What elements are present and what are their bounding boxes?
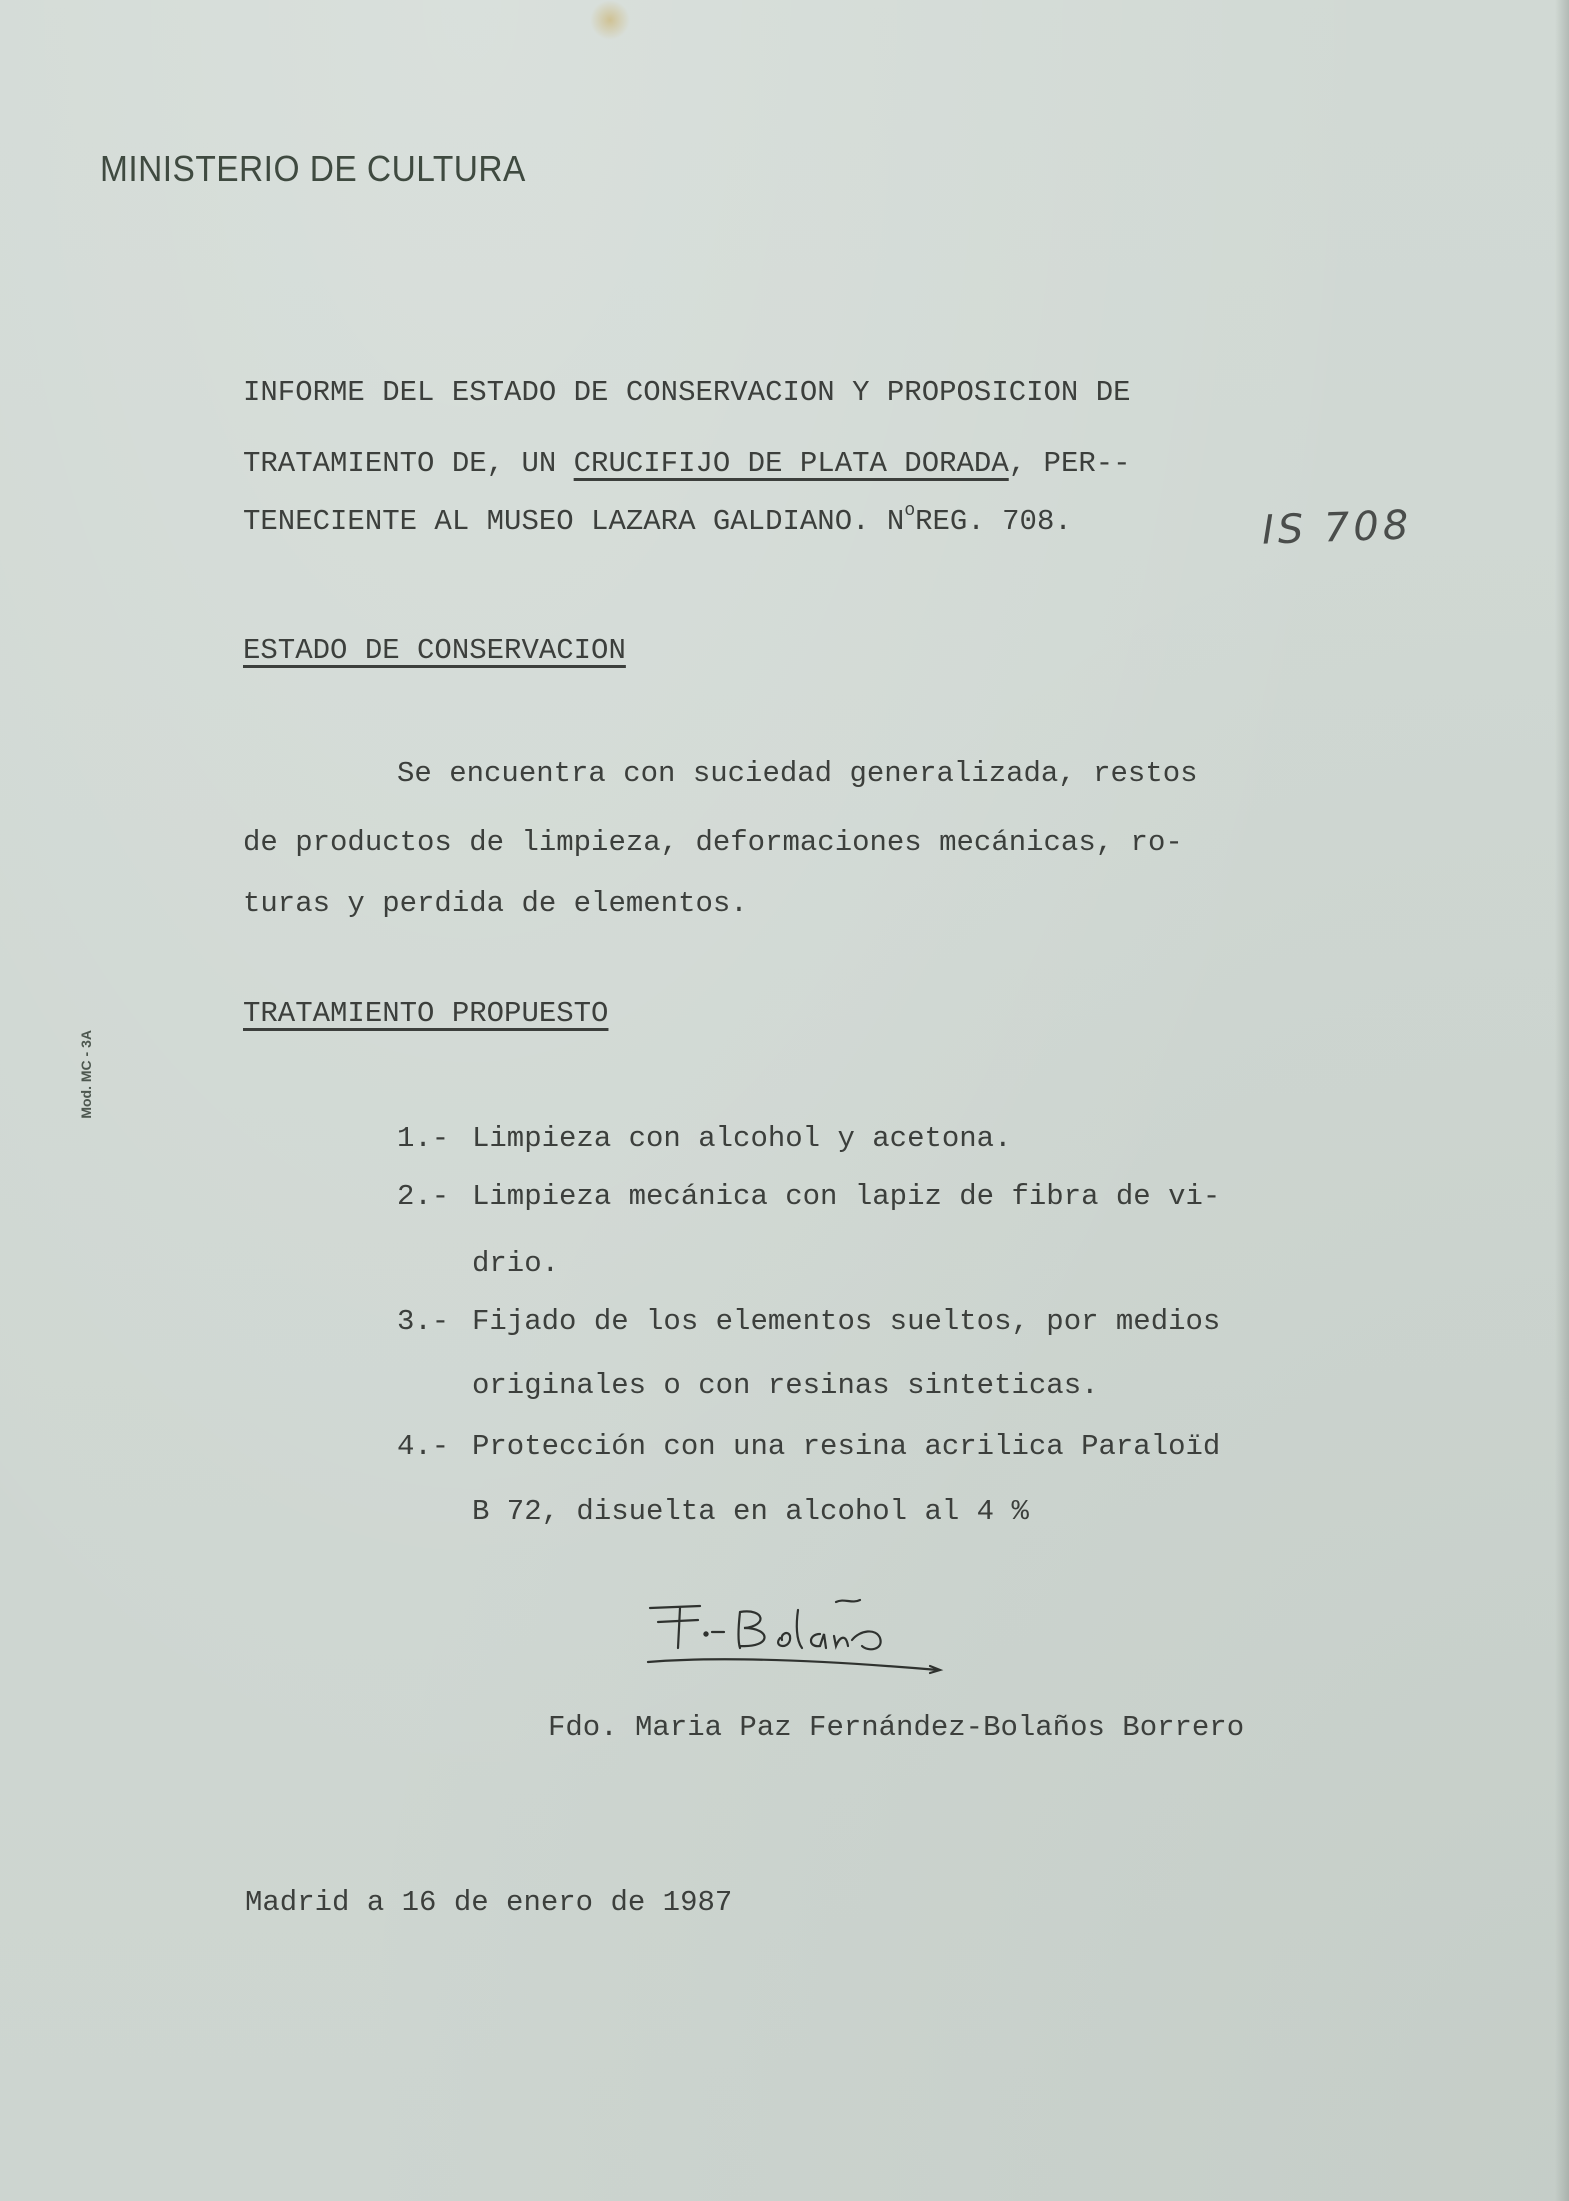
treatment-item-2-number: 2.- xyxy=(397,1182,449,1211)
object-name: CRUCIFIJO DE PLATA DORADA xyxy=(574,447,1009,480)
conservation-heading: ESTADO DE CONSERVACION xyxy=(243,636,626,665)
title-line-2: TRATAMIENTO DE, UN CRUCIFIJO DE PLATA DO… xyxy=(243,449,1131,478)
treatment-item-1-number: 1.- xyxy=(397,1124,449,1153)
treatment-item-4-text: Protección con una resina acrilica Paral… xyxy=(472,1432,1220,1461)
title-line-3-prefix: TENECIENTE AL MUSEO LAZARA GALDIANO. N xyxy=(243,505,904,538)
conservation-line-2: de productos de limpieza, deformaciones … xyxy=(243,828,1183,857)
conservation-line-3: turas y perdida de elementos. xyxy=(243,889,748,918)
place-date: Madrid a 16 de enero de 1987 xyxy=(245,1888,732,1917)
treatment-item-2-text: Limpieza mecánica con lapiz de fibra de … xyxy=(472,1182,1220,1211)
paper-stain xyxy=(590,0,630,40)
title-line-3-sup: o xyxy=(904,501,915,521)
treatment-heading: TRATAMIENTO PROPUESTO xyxy=(243,999,608,1028)
title-line-3: TENECIENTE AL MUSEO LAZARA GALDIANO. NoR… xyxy=(243,507,1072,536)
title-line-3-suffix: REG. 708. xyxy=(915,505,1072,538)
title-line-2-suffix: , PER-- xyxy=(1009,447,1131,480)
treatment-item-3-text-cont: originales o con resinas sinteticas. xyxy=(472,1371,1099,1400)
treatment-item-4-number: 4.- xyxy=(397,1432,449,1461)
treatment-item-1-text: Limpieza con alcohol y acetona. xyxy=(472,1124,1012,1153)
paper-edge xyxy=(1555,0,1569,2201)
handwritten-signature-icon xyxy=(640,1590,970,1680)
title-line-2-prefix: TRATAMIENTO DE, UN xyxy=(243,447,574,480)
signed-by: Fdo. Maria Paz Fernández-Bolaños Borrero xyxy=(548,1713,1244,1742)
letterhead: MINISTERIO DE CULTURA xyxy=(100,148,526,190)
treatment-item-3-text: Fijado de los elementos sueltos, por med… xyxy=(472,1307,1220,1336)
handwritten-note: IS 708 xyxy=(1261,502,1413,553)
treatment-item-3-number: 3.- xyxy=(397,1307,449,1336)
treatment-item-2-text-cont: drio. xyxy=(472,1249,559,1278)
paper-background xyxy=(0,0,1569,2201)
form-code: Mod. MC - 3A xyxy=(78,1030,94,1119)
title-line-1: INFORME DEL ESTADO DE CONSERVACION Y PRO… xyxy=(243,378,1131,407)
treatment-item-4-text-cont: B 72, disuelta en alcohol al 4 % xyxy=(472,1497,1029,1526)
conservation-line-1: Se encuentra con suciedad generalizada, … xyxy=(397,759,1198,788)
